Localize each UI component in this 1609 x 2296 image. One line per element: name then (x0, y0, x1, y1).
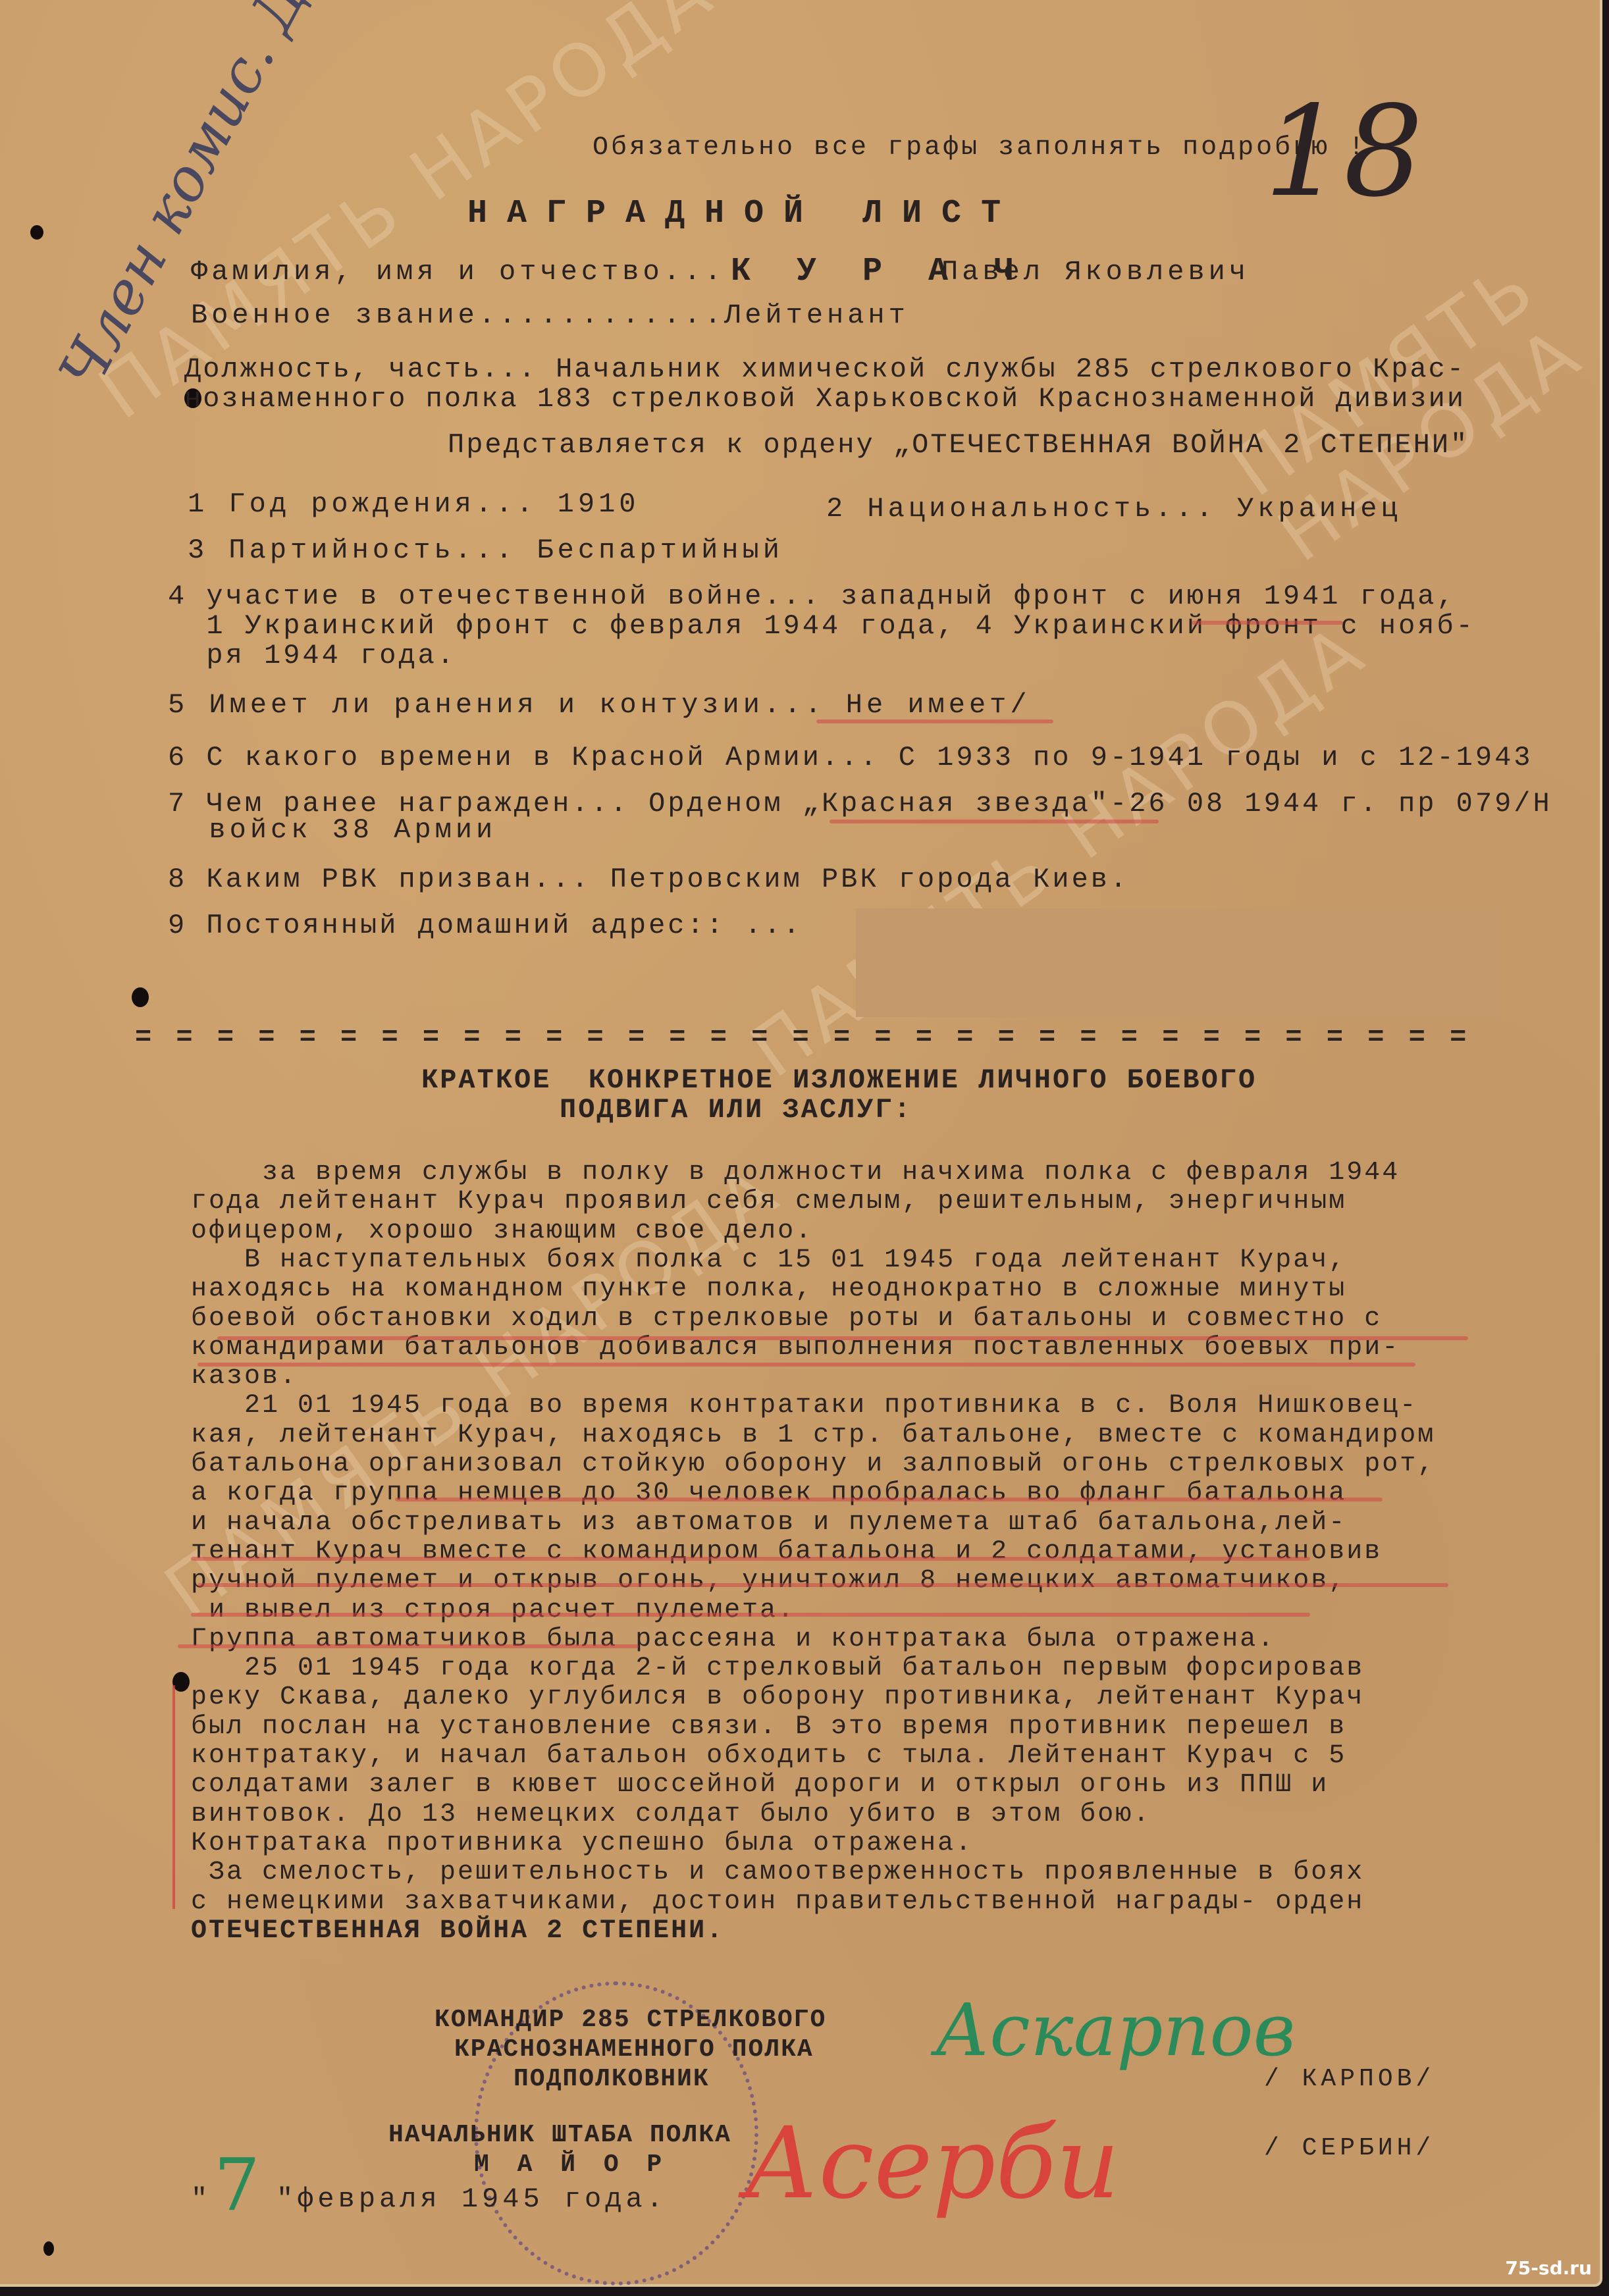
document-page: ПАМЯТЬ НАРОДА ПАМЯТЬ НАРОДА ПАМЯТЬ НАРОД… (0, 0, 1602, 2287)
citation-line: ручной пулемет и открыв огонь, уничтожил… (191, 1568, 1346, 1594)
date-day-handwritten: 7 (214, 2143, 260, 2227)
site-credit: 75-sd.ru (1505, 2257, 1592, 2279)
citation-line: офицером, хорошо знающим свое дело. (191, 1218, 813, 1245)
citation-line: За смелость, решительность и самоотверже… (191, 1860, 1364, 1886)
citation-line: винтовок. До 13 немецких солдат было уби… (191, 1802, 1151, 1828)
citation-line: Контратака противника успешно была отраж… (191, 1831, 973, 1857)
item-home-address: 9 Постоянный домашний адрес:: ... (168, 912, 803, 939)
name-label: Фамилия, имя и отчество... (191, 258, 725, 286)
citation-line: находясь на командном пункте полка, неод… (191, 1276, 1346, 1303)
punch-hole (132, 987, 149, 1007)
red-underline (198, 1363, 1415, 1367)
red-underline (1192, 621, 1343, 625)
citation-line: Группа автоматчиков была рассеяна и конт… (191, 1627, 1275, 1653)
citation-line: казов. (191, 1364, 298, 1390)
red-underline (178, 1644, 639, 1648)
item-war-participation-cont: ря 1944 года. (168, 642, 456, 669)
citation-line: В наступательных боях полка с 15 01 1945… (191, 1247, 1346, 1274)
citation-line: солдатами залег в кювет шоссейной дороги… (191, 1772, 1329, 1798)
commander-signature: Аскарпов (935, 1988, 1296, 2072)
citation-line: с немецкими захватчиками, достоин правит… (191, 1889, 1364, 1916)
citation-line: за время службы в полку в должности начх… (191, 1160, 1400, 1186)
nominated-for: Представляется к ордену „ОТЕЧЕСТВЕННАЯ В… (448, 431, 1469, 459)
commander-title-line-3: ПОДПОЛКОВНИК (514, 2067, 710, 2092)
citation-line: и начала обстреливать из автоматов и пул… (191, 1510, 1346, 1536)
rank-label: Военное звание............ (191, 301, 725, 329)
red-underline (816, 719, 1053, 723)
citation-line: ОТЕЧЕСТВЕННАЯ ВОЙНА 2 СТЕПЕНИ. (191, 1918, 724, 1944)
rank-value: Лейтенант (724, 301, 909, 329)
section-title-line-2: ПОДВИГА ИЛИ ЗАСЛУГ: (560, 1096, 912, 1124)
date-open-quote: " (191, 2185, 211, 2213)
citation-line: был послан на установление связи. В это … (191, 1714, 1346, 1740)
date-text: "февраля 1945 года. (277, 2185, 667, 2213)
watermark: ПАМЯТЬ НАРОДА (737, 608, 1381, 1092)
citation-line: 21 01 1945 года во время контратаки прот… (191, 1393, 1417, 1419)
red-underline (217, 1336, 1468, 1340)
red-underline (191, 1613, 1310, 1617)
red-underline (191, 1557, 1310, 1561)
section-title-line-1: КРАТКОЕ КОНКРЕТНОЕ ИЗЛОЖЕНИЕ ЛИЧНОГО БОЕ… (421, 1066, 1257, 1094)
red-underline (395, 1498, 1383, 1501)
header-note: Обязательно все графы заполнять подробью… (593, 135, 1367, 161)
document-title: НАГРАДНОЙ ЛИСТ (467, 197, 1020, 230)
item-war-participation: 4 участие в отечественной войне... запад… (168, 583, 1456, 610)
given-names: Павел Яковлевич (941, 258, 1250, 286)
redacted-address (856, 908, 1501, 1017)
citation-line: реку Скава, далеко углубился в оборону п… (191, 1684, 1364, 1711)
item-red-army-since: 6 С какого времени в Красной Армии... С … (168, 744, 1533, 771)
chief-of-staff-name: / СЕРБИН/ (1264, 2136, 1435, 2161)
citation-line: 25 01 1945 года когда 2-й стрелковый бат… (191, 1656, 1364, 1682)
item-nationality: 2 Национальность... Украинец (826, 495, 1402, 523)
red-underline (198, 1583, 1448, 1587)
item-party: 3 Партийность... Беспартийный (188, 536, 783, 564)
item-wounds: 5 Имеет ли ранения и контузии... Не имее… (168, 691, 1031, 719)
citation-line: а когда группа немцев до 30 человек проб… (191, 1480, 1346, 1507)
punch-hole (43, 2241, 54, 2256)
citation-line: тенант Курач вместе с командиром батальо… (191, 1539, 1382, 1565)
item-previous-awards-cont: войск 38 Армии (168, 816, 496, 844)
separator-line: = = = = = = = = = = = = = = = = = = = = … (135, 1024, 1470, 1051)
position-line-2: нознаменного полка 183 стрелковой Харько… (184, 385, 1465, 413)
commander-title-line-1: КОМАНДИР 285 СТРЕЛКОВОГО (435, 2008, 826, 2033)
citation-line: боевой обстановки ходил в стрелковые рот… (191, 1306, 1382, 1332)
chief-of-staff-signature: Асерби (744, 2106, 1120, 2221)
punch-hole (30, 225, 43, 240)
chief-of-staff-title-line-2: М А Й О Р (474, 2152, 668, 2178)
item-birth-year: 1 Год рождения... 1910 (188, 490, 640, 518)
citation-line: батальона организовал стойкую оборону и … (191, 1451, 1435, 1478)
citation-line: кая, лейтенант Курач, находясь в 1 стр. … (191, 1422, 1435, 1449)
red-margin-line (172, 1685, 175, 1909)
red-underline (830, 820, 1159, 823)
commander-name: / КАРПОВ/ (1264, 2067, 1435, 2092)
citation-line: и вывел из строя расчет пулемета. (191, 1598, 795, 1624)
item-war-participation-cont: 1 Украинский фронт с февраля 1944 года, … (168, 612, 1475, 640)
chief-of-staff-title-line-1: НАЧАЛЬНИК ШТАБА ПОЛКА (388, 2123, 731, 2148)
position-line-1: Должность, часть... Начальник химической… (184, 355, 1465, 383)
item-conscription: 8 Каким РВК призван... Петровским РВК го… (168, 866, 1129, 893)
commander-title-line-2: КРАСНОЗНАМЕННОГО ПОЛКА (454, 2037, 814, 2062)
citation-line: контратаку, и начал батальон обходить с … (191, 1743, 1346, 1769)
citation-line: года лейтенант Курач проявил себя смелым… (191, 1189, 1346, 1215)
item-previous-awards: 7 Чем ранее награжден... Орденом „Красна… (168, 790, 1552, 818)
